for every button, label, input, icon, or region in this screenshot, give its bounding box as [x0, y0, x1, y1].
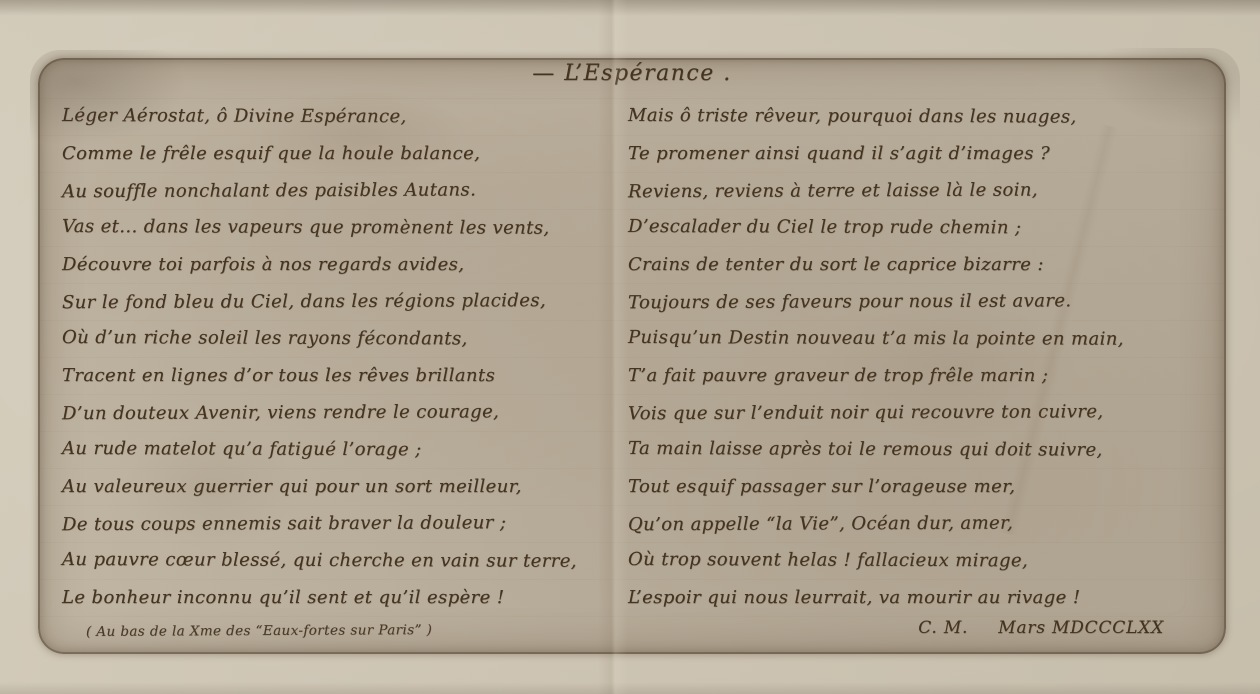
artist-initials: C. M. — [918, 618, 968, 638]
etching-scan: — L’Espérance . Léger Aérostat, ô Divine… — [0, 0, 1260, 694]
poem-line: Où trop souvent helas ! fallacieux mirag… — [628, 541, 1220, 580]
poem-line: De tous coups ennemis sait braver la dou… — [62, 504, 624, 543]
poem-line: Sur le fond bleu du Ciel, dans les régio… — [62, 282, 624, 321]
poem-line: Où d’un riche soleil les rayons fécondan… — [62, 319, 624, 358]
poem-line: Qu’on appelle “la Vie”, Océan dur, amer, — [628, 504, 1220, 544]
poem-line: Au rude matelot qu’a fatigué l’orage ; — [62, 430, 624, 469]
poem-line: Au souffle nonchalant des paisibles Auta… — [62, 171, 624, 210]
poem-line: T’a fait pauvre graveur de trop frêle ma… — [628, 357, 1220, 394]
poem-line: Découvre toi parfois à nos regards avide… — [62, 246, 624, 283]
paper-edge-top — [0, 0, 1260, 16]
poem-line: Tout esquif passager sur l’orageuse mer, — [628, 468, 1220, 505]
poem-line: Crains de tenter du sort le caprice biza… — [628, 246, 1220, 283]
poem-line: Comme le frêle esquif que la houle balan… — [62, 135, 624, 172]
poem-line: Toujours de ses faveurs pour nous il est… — [628, 282, 1220, 322]
poem-line: Ta main laisse après toi le remous qui d… — [628, 430, 1220, 469]
poem-line: Au pauvre cœur blessé, qui cherche en va… — [62, 541, 624, 580]
etched-plate: — L’Espérance . Léger Aérostat, ô Divine… — [38, 58, 1226, 654]
paper-edge-bottom — [0, 682, 1260, 694]
poem-line: L’espoir qui nous leurrait, va mourir au… — [628, 579, 1220, 616]
poem-line: Léger Aérostat, ô Divine Espérance, — [62, 97, 624, 136]
poem-line: Mais ô triste rêveur, pourquoi dans les … — [628, 97, 1220, 136]
poem-line: Tracent en lignes d’or tous les rêves br… — [62, 357, 624, 394]
poem-column-right: Mais ô triste rêveur, pourquoi dans les … — [628, 98, 1220, 616]
poem-line: D’escalader du Ciel le trop rude chemin … — [628, 208, 1220, 247]
signature-line: C. M.Mars MDCCCLXX — [918, 618, 1164, 638]
poem-line: Vois que sur l’enduit noir qui recouvre … — [628, 393, 1220, 433]
poem-column-left: Léger Aérostat, ô Divine Espérance,Comme… — [62, 98, 624, 616]
poem-line: Au valeureux guerrier qui pour un sort m… — [62, 468, 624, 505]
poem-line: Vas et... dans les vapeurs que promènent… — [62, 208, 624, 247]
footnote: ( Au bas de la Xme des “Eaux-fortes sur … — [86, 622, 432, 640]
poem-line: Puisqu’un Destin nouveau t’a mis la poin… — [628, 319, 1220, 358]
poem-line: Le bonheur inconnu qu’il sent et qu’il e… — [62, 579, 624, 616]
poem-line: Te promener ainsi quand il s’agit d’imag… — [628, 135, 1220, 172]
poem-line: D’un douteux Avenir, viens rendre le cou… — [62, 393, 624, 432]
poem-line: Reviens, reviens à terre et laisse là le… — [628, 171, 1220, 211]
poem-title: — L’Espérance . — [38, 61, 1226, 86]
signature-date: Mars MDCCCLXX — [998, 618, 1164, 638]
